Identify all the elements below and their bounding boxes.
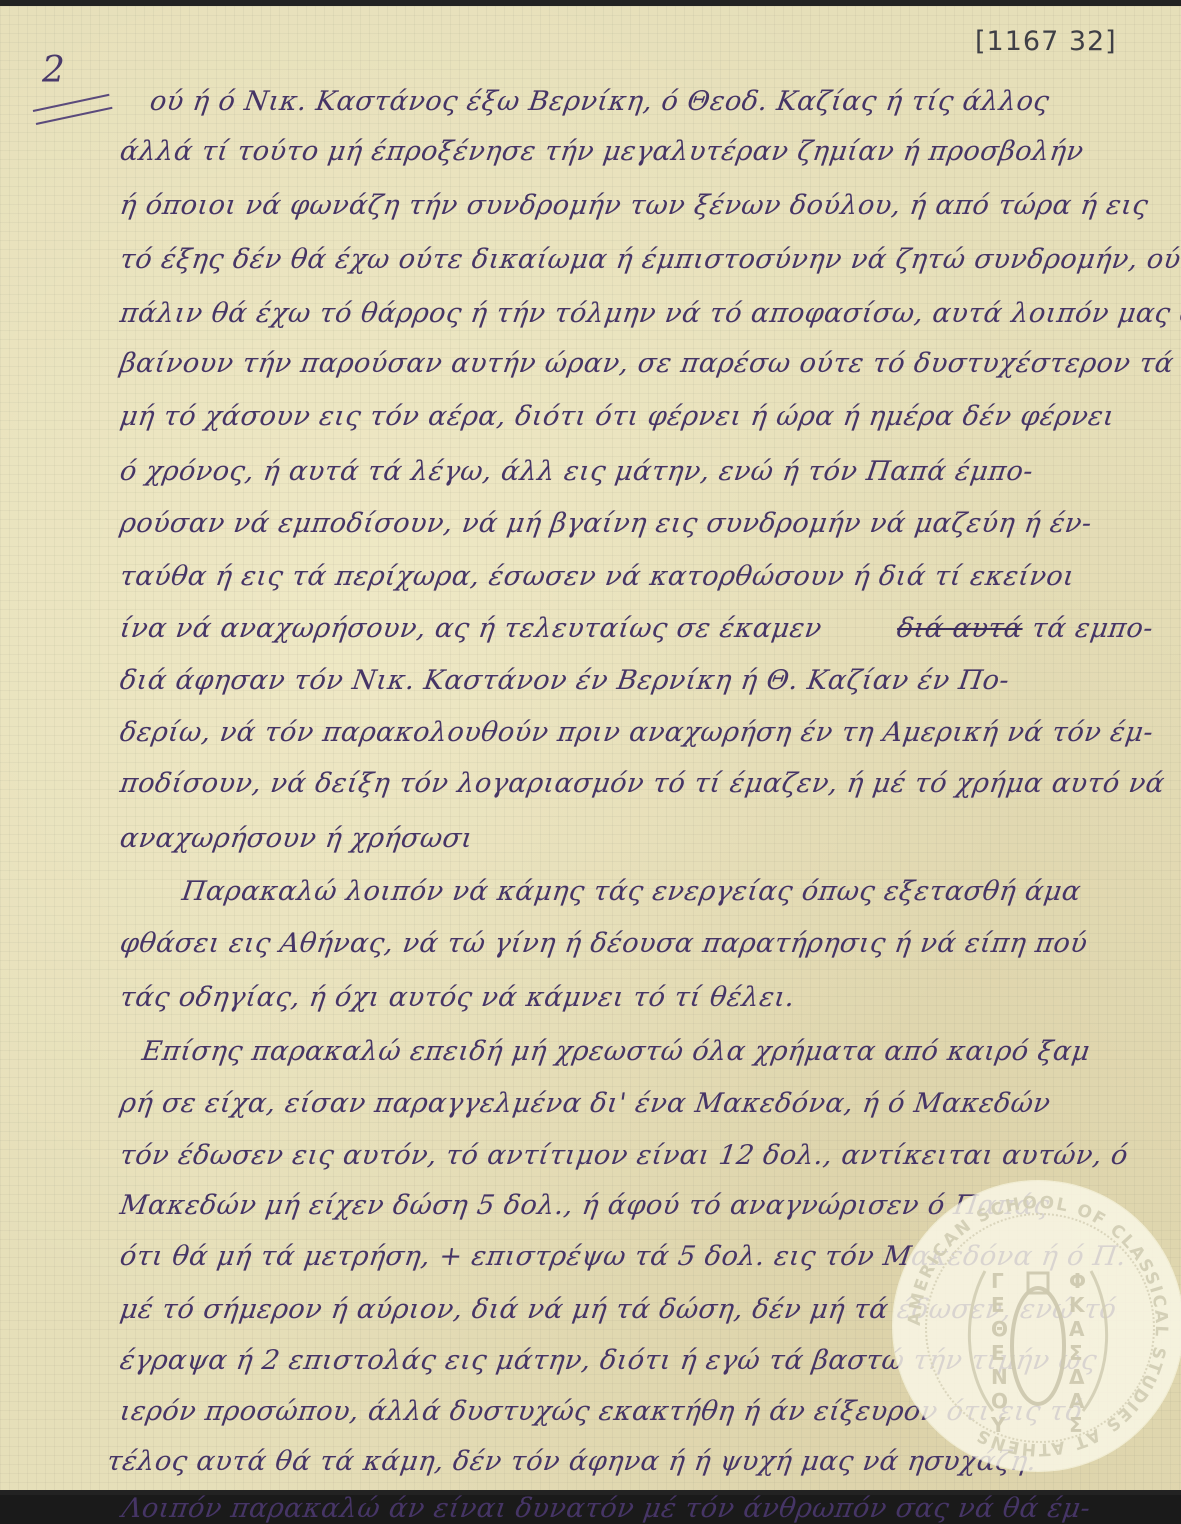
- handwritten-line: πάλιν θά έχω τό θάρρος ή τήν τόλμην νά τ…: [118, 298, 1181, 329]
- seal-letter: Δ: [1069, 1365, 1084, 1389]
- handwritten-line: Παρακαλώ λοιπόν νά κάμης τάς ενεργείας ό…: [180, 876, 1083, 907]
- handwritten-line: φθάσει εις Αθήνας, νά τώ γίνη ή δέουσα π…: [118, 928, 1090, 959]
- page-number-underline-2: [36, 107, 113, 125]
- archive-reference: [1167 32]: [975, 26, 1117, 57]
- handwritten-line-fragment: τά εμπο-: [1030, 613, 1155, 644]
- handwritten-line: άλλά τί τούτο μή έπροξένησε τήν μεγαλυτέ…: [118, 136, 1086, 167]
- handwritten-line: ή όποιοι νά φωνάζη τήν συνδρομήν των ξέν…: [118, 190, 1150, 221]
- handwritten-line: μή τό χάσουν εις τόν αέρα, διότι ότι φέρ…: [118, 401, 1117, 432]
- seal-letter: Α: [1069, 1389, 1084, 1413]
- seal-letter: Ε: [991, 1341, 1005, 1365]
- handwritten-line: τό έξης δέν θά έχω ούτε δικαίωμα ή έμπισ…: [118, 244, 1181, 275]
- handwritten-line: Επίσης παρακαλώ επειδή μή χρεωστώ όλα χρ…: [140, 1036, 1092, 1067]
- seal-letter: Ν: [991, 1365, 1008, 1389]
- letter-page: [1167 32] 2 ού ή ό Νικ. Καστάνος έξω Βερ…: [0, 6, 1181, 1490]
- handwritten-line: ού ή ό Νικ. Καστάνος έξω Βερνίκη, ό Θεοδ…: [148, 86, 1051, 117]
- seal-letter: Σ: [1069, 1413, 1083, 1437]
- handwritten-line: αναχωρήσουν ή χρήσωσι: [118, 823, 475, 854]
- seal-letter: Σ: [1069, 1341, 1083, 1365]
- handwritten-line: ποδίσουν, νά δείξη τόν λογαριασμόν τό τί…: [118, 768, 1167, 799]
- seal-letter: Φ: [1069, 1269, 1086, 1293]
- seal-ring-text: AMERICAN SCHOOL OF CLASSICAL STUDIES AT …: [893, 1181, 1181, 1471]
- seal-letter: Θ: [991, 1317, 1008, 1341]
- seal-letter: Κ: [1069, 1293, 1085, 1317]
- seal-letter: Ε: [991, 1293, 1005, 1317]
- struck-through-word: διά αυτά: [895, 613, 1025, 644]
- handwritten-line: τάς οδηγίας, ή όχι αυτός νά κάμνει τό τί…: [118, 982, 797, 1013]
- seal-letter: Γ: [991, 1269, 1004, 1293]
- handwritten-line: τόν έδωσεν εις αυτόν, τό αντίτιμον είναι…: [118, 1140, 1130, 1171]
- institution-seal-watermark: AMERICAN SCHOOL OF CLASSICAL STUDIES AT …: [893, 1181, 1181, 1471]
- handwritten-line: βαίνουν τήν παρούσαν αυτήν ώραν, σε παρέ…: [118, 348, 1176, 379]
- handwritten-line: ρούσαν νά εμποδίσουν, νά μή βγαίνη εις σ…: [118, 508, 1094, 539]
- handwritten-line: ό χρόνος, ή αυτά τά λέγω, άλλ εις μάτην,…: [118, 456, 1035, 487]
- page-number: 2: [42, 50, 65, 91]
- handwritten-line: διά άφησαν τόν Νικ. Καστάνον έν Βερνίκη …: [118, 665, 1011, 696]
- seal-letter: Α: [1069, 1317, 1084, 1341]
- svg-text:AMERICAN SCHOOL OF CLASSICAL S: AMERICAN SCHOOL OF CLASSICAL STUDIES AT …: [905, 1193, 1171, 1459]
- seal-letter: Ο: [991, 1389, 1008, 1413]
- handwritten-line: ίνα νά αναχωρήσουν, ας ή τελευταίως σε έ…: [118, 613, 824, 644]
- handwritten-line: ρή σε είχα, είσαν παραγγελμένα δι' ένα Μ…: [118, 1088, 1053, 1119]
- seal-letter: Υ: [991, 1413, 1005, 1437]
- handwritten-line: ταύθα ή εις τά περίχωρα, έσωσεν νά κατορ…: [118, 561, 1077, 592]
- handwritten-line: δερίω, νά τόν παρακολουθούν πριν αναχωρή…: [118, 717, 1155, 748]
- scan-bottom-border: [0, 1490, 1181, 1495]
